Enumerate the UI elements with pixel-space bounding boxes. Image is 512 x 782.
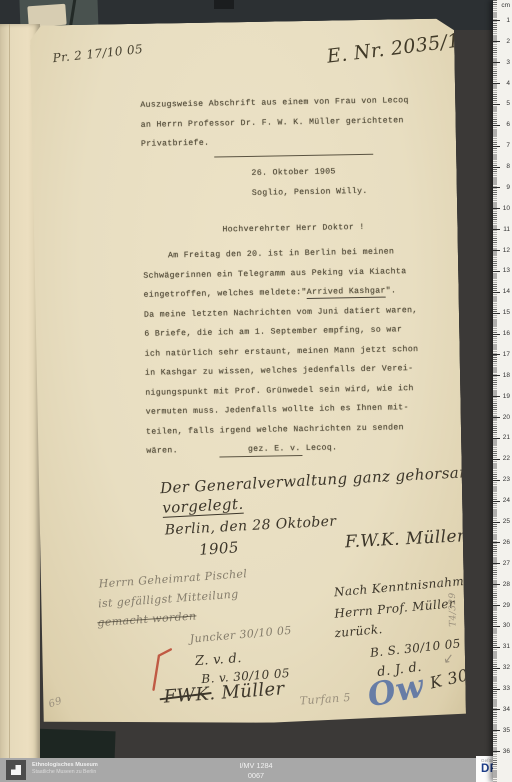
ruler-cm-number: 16 (503, 330, 510, 338)
submission-note-line1: Der Generalverwaltung ganz gehorsamst (160, 462, 489, 497)
letter-dateline: 26. Oktober 1905 Soglio, Pension Willy. (251, 162, 367, 203)
typed-signature: gez. E. v. Lecoq. (248, 443, 338, 454)
ruler-cm-number: 25 (503, 518, 510, 526)
ruler-cm-number: 3 (506, 59, 510, 67)
ruler-cm-number: 17 (503, 351, 510, 359)
ruler-cm-tick (493, 522, 500, 523)
ruler-cm-tick (493, 354, 500, 355)
ruler-cm-tick (493, 417, 500, 418)
ruler-cm-number: 7 (506, 142, 510, 150)
ruler-cm-tick (493, 438, 500, 439)
body-text: ". (386, 286, 397, 295)
left-note-line1: Herrn Geheimrat Pischel (98, 567, 247, 590)
ruler-cm-number: 12 (503, 247, 510, 255)
ruler-cm-number: 8 (506, 163, 510, 171)
heading-line: Privatbriefe. (141, 130, 410, 154)
ruler-cm-number: 31 (503, 643, 510, 651)
separator-line (214, 154, 373, 158)
submission-signature: F.W.K. Müller (344, 526, 465, 552)
ruler-cm-tick (493, 167, 500, 168)
ruler-cm-tick (493, 459, 500, 460)
page-crease (9, 24, 10, 764)
ruler-cm-tick (493, 542, 500, 543)
ruler: cm 1234567891011121314151617181920212223… (493, 0, 512, 782)
ruler-unit-label: cm (501, 2, 510, 9)
ruler-cm-number: 4 (506, 80, 510, 88)
ruler-cm-number: 19 (503, 393, 510, 401)
ruler-cm-number: 2 (506, 38, 510, 46)
ruler-cm-tick (493, 20, 500, 21)
submission-note-line2: vorgelegt. (162, 495, 244, 518)
left-note-line2: ist gefälligst Mitteilung (98, 588, 239, 611)
body-text: eingetroffen, welches meldete:" (144, 288, 307, 300)
ruler-cm-tick (493, 146, 500, 147)
ruler-cm-number: 13 (503, 267, 510, 275)
ruler-cm-tick (493, 605, 500, 606)
ruler-cm-number: 5 (506, 100, 510, 108)
ruler-cm-tick (493, 709, 500, 710)
binding-notch (214, 0, 234, 9)
ruler-cm-tick (493, 563, 500, 564)
submission-year: 1905 (198, 538, 239, 559)
ruler-cm-tick (493, 584, 500, 585)
ruler-cm-tick (493, 480, 500, 481)
right-note-line3: zurück. (334, 622, 383, 640)
ruler-cm-tick (493, 689, 500, 690)
blue-pencil-monogram: Ow (364, 666, 426, 714)
registry-mark-top-left: Pr. 2 17/10 05 (52, 42, 144, 65)
ruler-cm-number: 22 (503, 455, 510, 463)
closing-word: wären. (146, 446, 178, 456)
closing-line: wären.gez. E. v. Lecoq. (146, 437, 420, 461)
pencil-note-turfan: Turfan 5 (299, 691, 351, 708)
submission-place-date: Berlin, den 28 Oktober (164, 513, 336, 538)
ruler-cm-tick (493, 292, 500, 293)
letter-page: Pr. 2 17/10 05 E. Nr. 2035/1905. Auszugs… (30, 18, 466, 726)
left-initials-1: Z. v. d. (195, 651, 243, 669)
inventory-number: I/MV 1284 (18, 761, 494, 771)
ruler-cm-tick (493, 208, 500, 209)
ruler-cm-tick (493, 104, 500, 105)
ruler-cm-number: 35 (503, 727, 510, 735)
black-ink-paraph: K 30/10 (428, 659, 497, 692)
ruler-cm-tick (493, 626, 500, 627)
vertical-inventory-mark: T4/329 (448, 592, 459, 627)
ruler-cm-number: 26 (503, 539, 510, 547)
right-note-line2: Herrn Prof. Müller (334, 596, 456, 620)
ruler-cm-number: 23 (503, 476, 510, 484)
ruler-cm-tick (493, 647, 500, 648)
red-pencil-bracket (151, 647, 174, 691)
pencil-page-number: 69 (47, 696, 63, 711)
ruler-minor-ticks (493, 0, 497, 782)
ruler-cm-number: 28 (503, 581, 510, 589)
image-number: 0067 (18, 771, 494, 781)
ruler-cm-tick (493, 730, 500, 731)
footer-identifiers: I/MV 1284 0067 (0, 761, 494, 780)
ruler-cm-tick (493, 751, 500, 752)
underlined-phrase: Arrived Kashgar (307, 287, 386, 299)
ruler-cm-number: 18 (503, 372, 510, 380)
ruler-cm-number: 27 (503, 560, 510, 568)
left-note-signature: Juncker 30/10 05 (189, 624, 292, 646)
ruler-cm-number: 36 (503, 748, 510, 756)
document-scan-viewer: Pr. 2 17/10 05 E. Nr. 2035/1905. Auszugs… (0, 0, 512, 782)
footer-bar: Ethnologisches Museum Staatliche Museen … (0, 758, 494, 782)
ruler-cm-number: 15 (503, 309, 510, 317)
ruler-cm-tick (493, 271, 500, 272)
letter-body: Am Freitag den 20. ist in Berlin bei mei… (143, 242, 420, 461)
left-note-line3: gemacht worden (97, 609, 197, 629)
ruler-cm-tick (493, 229, 500, 230)
ruler-cm-tick (493, 501, 500, 502)
ruler-cm-tick (493, 313, 500, 314)
ruler-cm-tick (493, 62, 500, 63)
ruler-cm-tick (493, 334, 500, 335)
letter-salutation: Hochverehrter Herr Doktor ! (222, 223, 364, 234)
ruler-cm-number: 11 (503, 226, 510, 234)
ruler-cm-number: 33 (503, 685, 510, 693)
ruler-cm-number: 21 (503, 434, 510, 442)
ruler-cm-number: 6 (506, 121, 510, 129)
ruler-cm-number: 32 (503, 664, 510, 672)
ruler-cm-number: 34 (503, 706, 510, 714)
ruler-cm-tick (493, 187, 500, 188)
ruler-cm-tick (493, 375, 500, 376)
ruler-cm-tick (493, 668, 500, 669)
ruler-cm-tick (493, 41, 500, 42)
ruler-cm-number: 24 (503, 497, 510, 505)
ruler-cm-tick (493, 396, 500, 397)
pencil-arrow-mark: ↙ (442, 650, 455, 668)
ruler-cm-number: 9 (506, 184, 510, 192)
letter-place: Soglio, Pension Willy. (252, 181, 368, 203)
registry-number-top-right: E. Nr. 2035/1905. (326, 24, 505, 67)
ruler-cm-tick (493, 83, 500, 84)
ruler-cm-number: 29 (503, 602, 510, 610)
ruler-cm-number: 30 (503, 622, 510, 630)
letter-date: 26. Oktober 1905 (251, 162, 367, 184)
left-signature-mueller: FWK. Müller (163, 678, 285, 707)
ruler-cm-number: 20 (503, 414, 510, 422)
letter-heading: Auszugsweise Abschrift aus einem von Fra… (140, 91, 409, 154)
ruler-cm-number: 10 (503, 205, 510, 213)
ruler-cm-tick (493, 250, 500, 251)
ruler-cm-number: 14 (503, 288, 510, 296)
ruler-cm-number: 1 (506, 17, 510, 25)
ruler-cm-tick (493, 125, 500, 126)
